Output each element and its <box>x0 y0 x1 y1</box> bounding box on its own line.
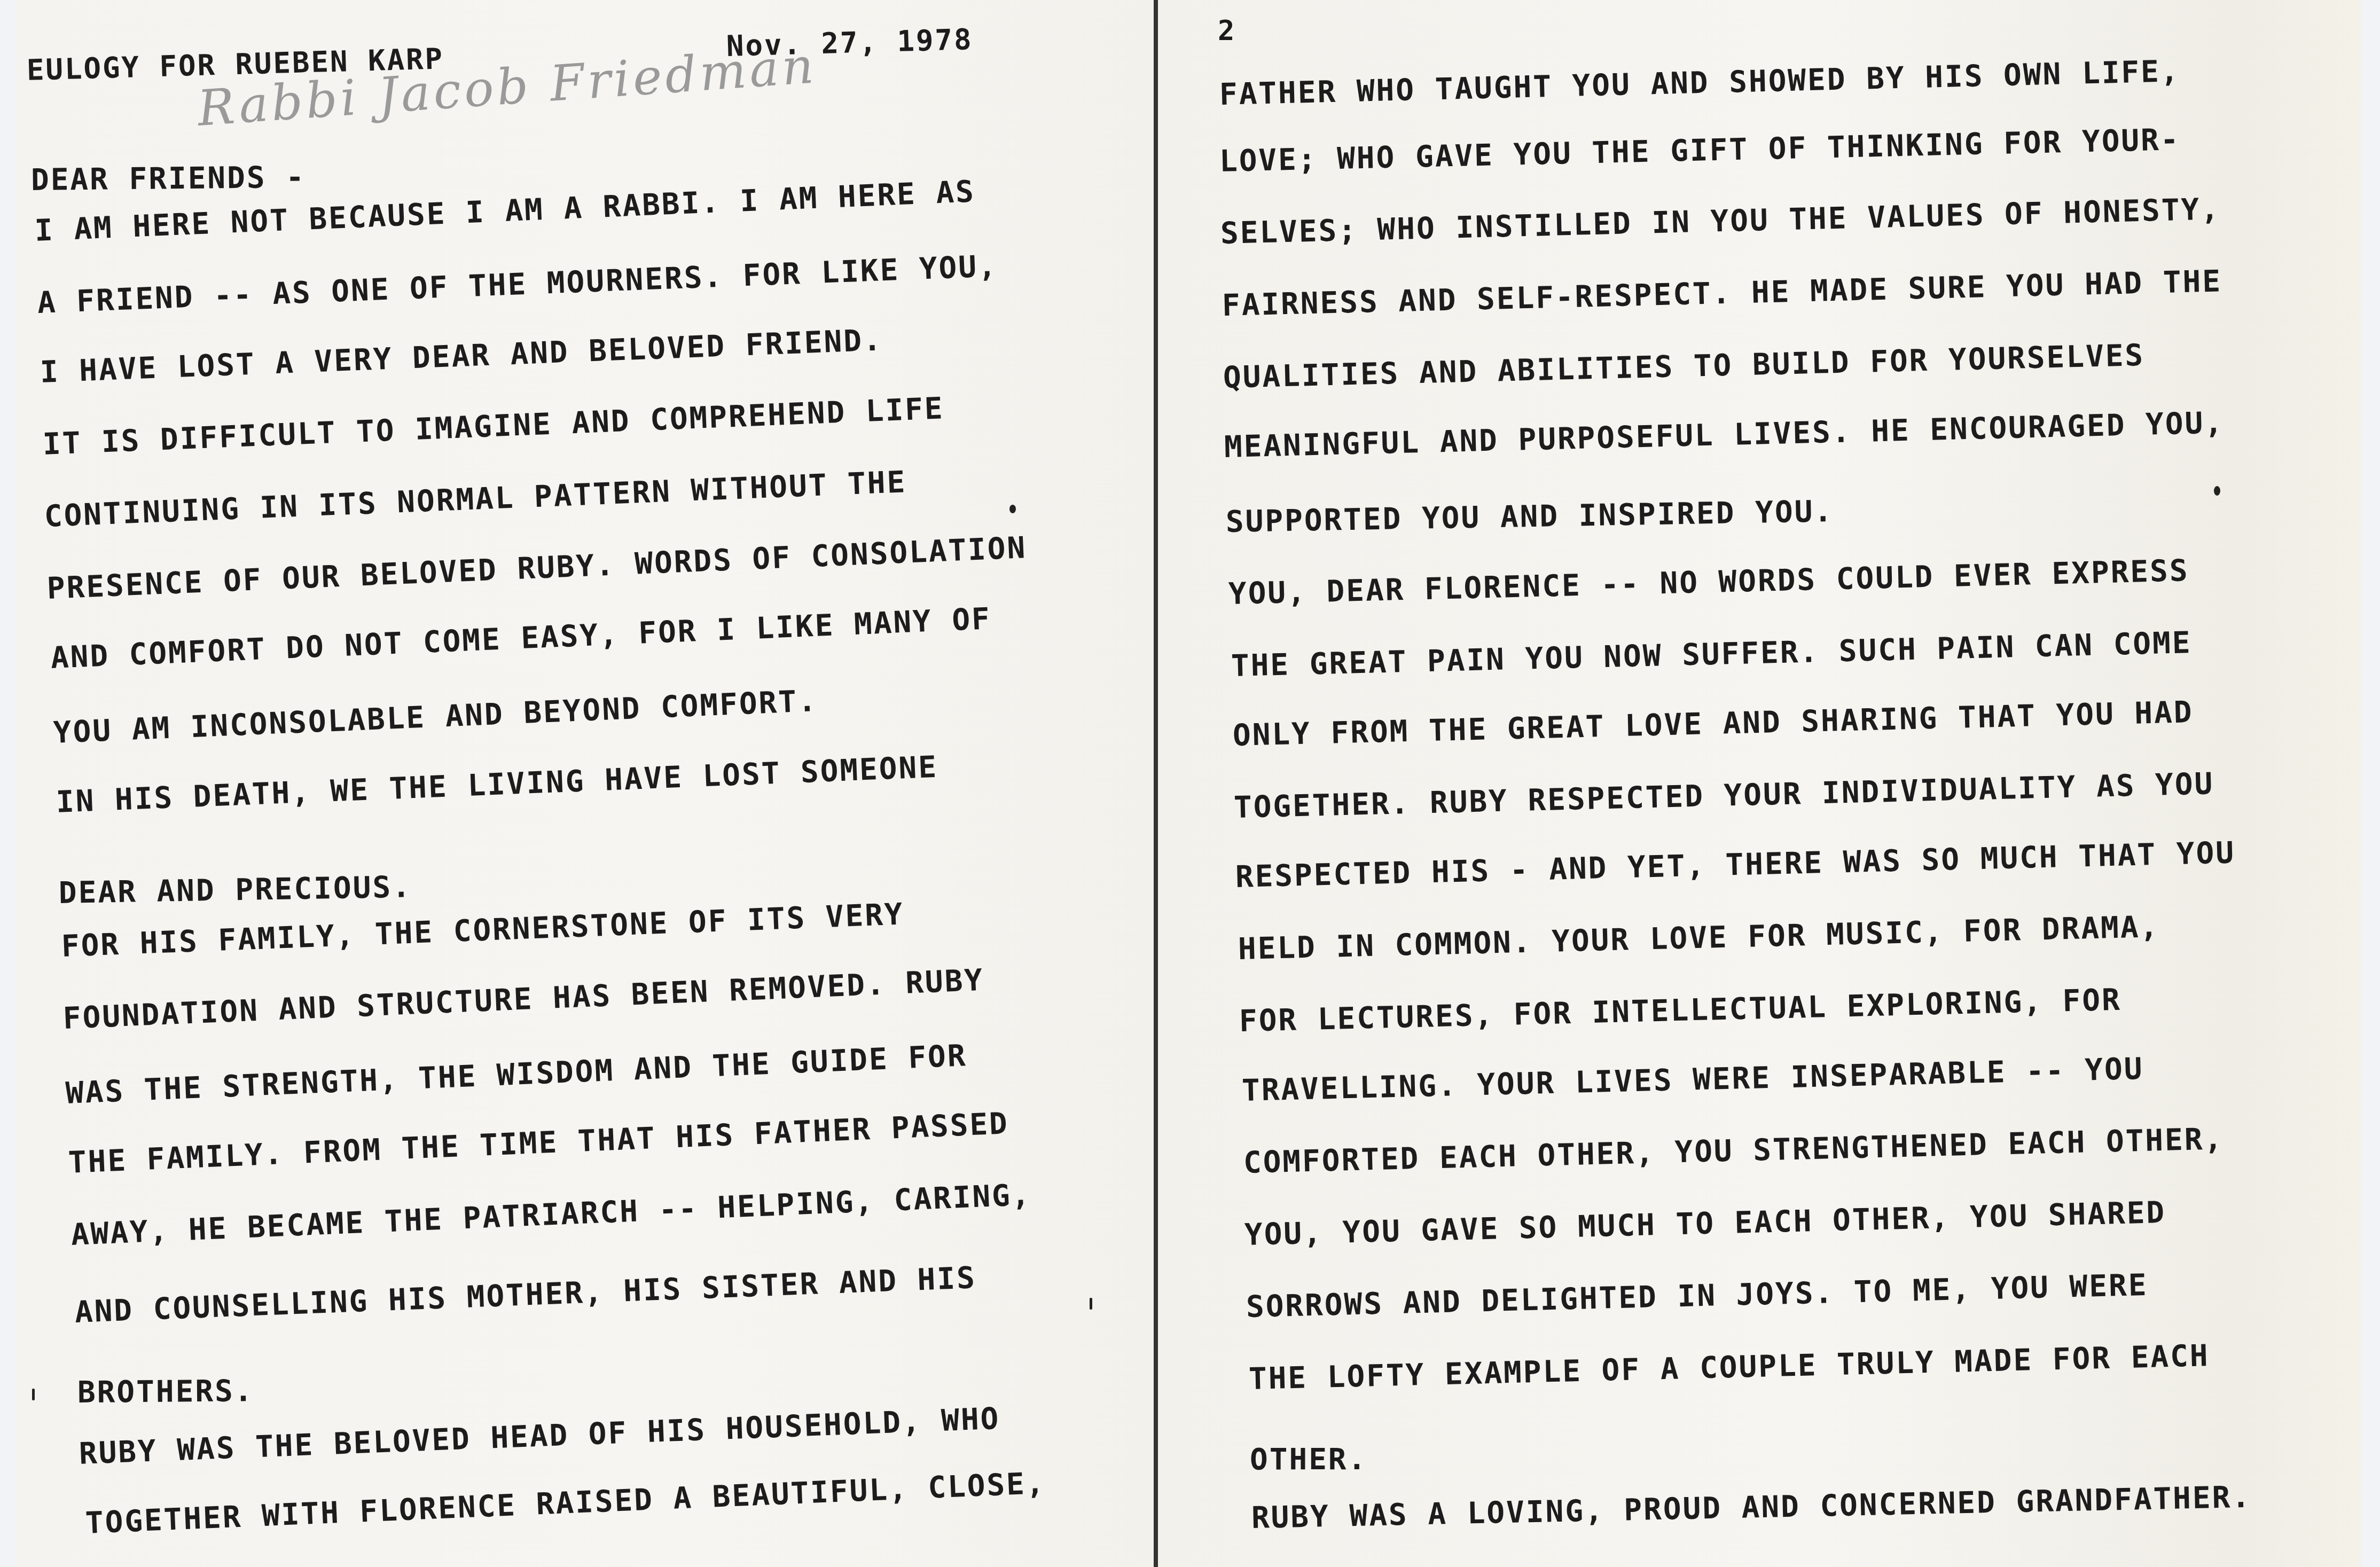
text-line: DEAR FRIENDS - <box>31 160 306 198</box>
text-line: BROTHERS. <box>77 1374 254 1410</box>
page-divider <box>1154 0 1158 1567</box>
text-line: OTHER. <box>1250 1442 1367 1477</box>
page-number: 2 <box>1218 15 1234 47</box>
ink-speck <box>32 1389 35 1400</box>
ink-speck <box>2214 486 2220 496</box>
text-line: DEAR AND PRECIOUS. <box>58 869 412 911</box>
ink-speck <box>1090 1298 1092 1310</box>
ink-speck <box>1009 505 1016 513</box>
